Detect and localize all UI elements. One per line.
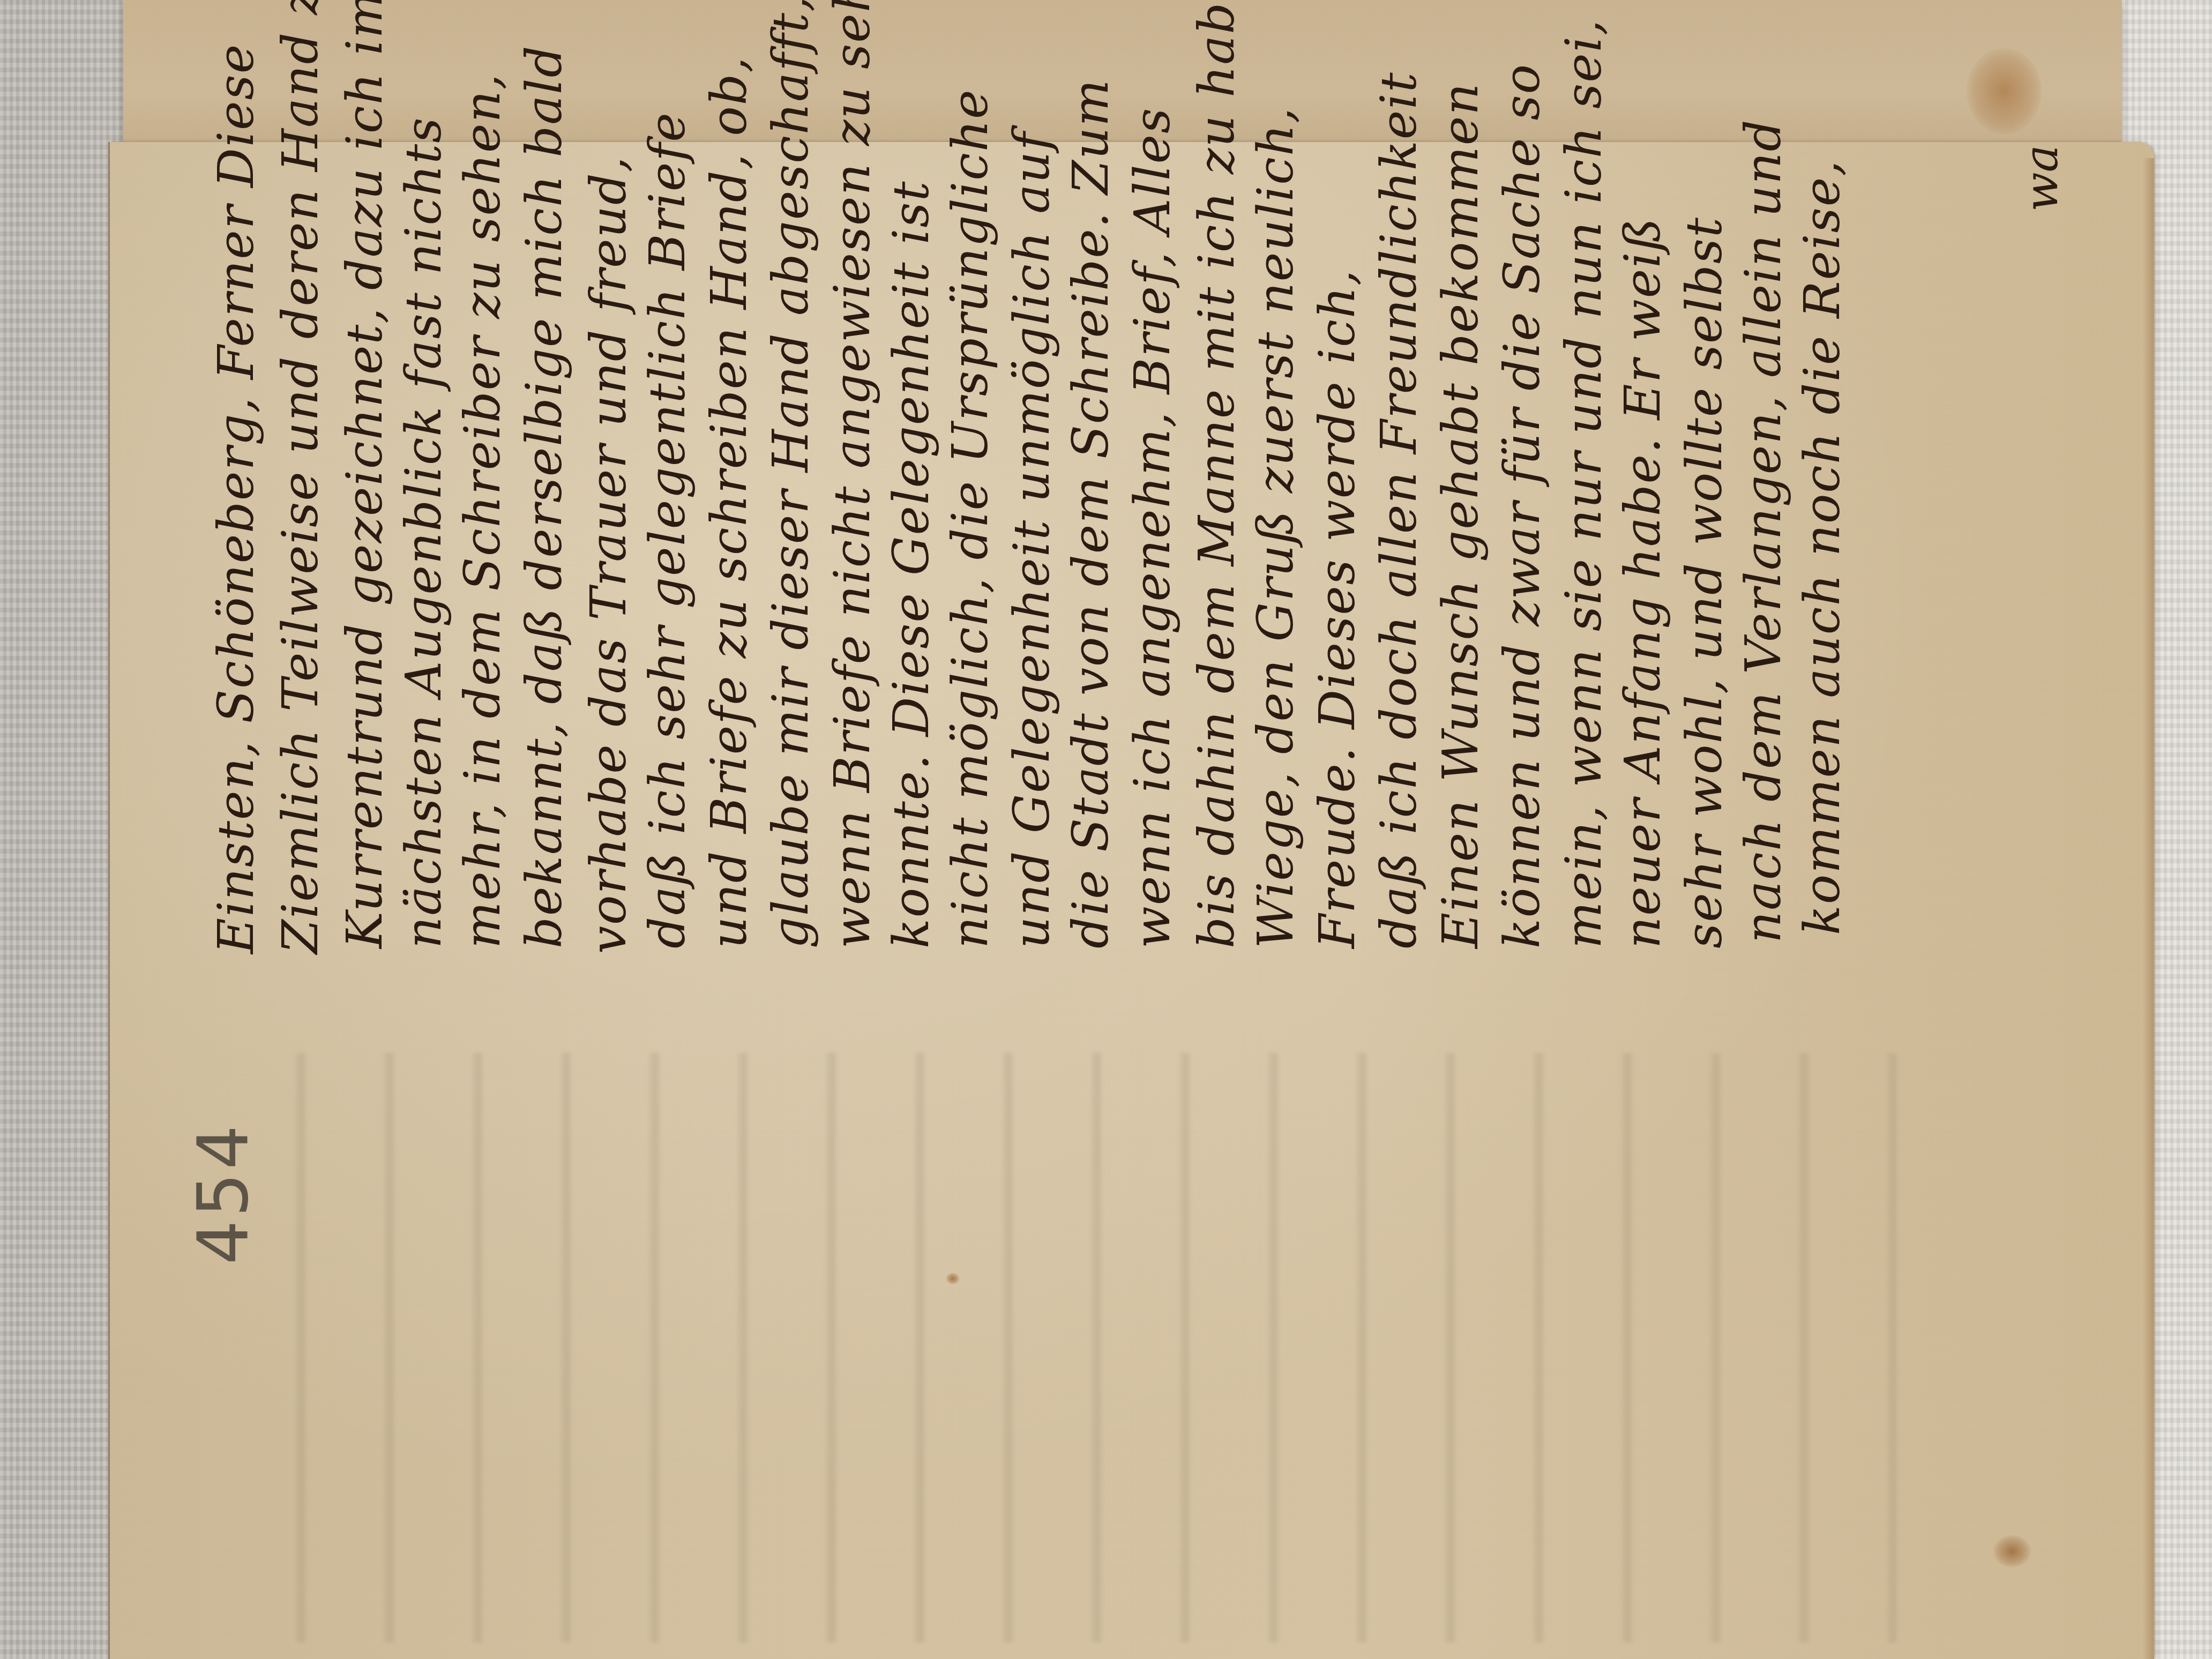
text-line: bis dahin dem Manne mit ich zu haben — [1192, 0, 1242, 948]
text-line: können und zwar für die Sache so — [1498, 63, 1547, 948]
text-line: bekannt, daß derselbige mich bald — [520, 45, 569, 948]
text-line: glaube mir dieser Hand abgeschafft, — [766, 0, 816, 948]
text-line: Ziemlich Teilweise und deren Hand zu — [276, 0, 325, 954]
text-line: Kurrentrund gezeichnet, dazu ich im — [340, 0, 390, 948]
photo-background: Einsten, Schöneberg, Ferner Diese Ziemli… — [0, 0, 2212, 1659]
text-line: Einsten, Schöneberg, Ferner Diese — [212, 43, 261, 954]
text-line: und Briefe zu schreiben Hand, ob, — [705, 56, 754, 948]
text-line: mein, wenn sie nur und nun ich sei, — [1559, 19, 1609, 948]
text-line: wenn Briefe nicht angewiesen zu sehen — [828, 0, 877, 948]
text-line: Einen Wunsch gehabt bekommen — [1436, 82, 1485, 948]
text-line: nicht möglich, die Ursprüngliche — [946, 89, 995, 948]
pencil-folio-number: 454 — [182, 1122, 264, 1265]
text-line: kommen auch noch die Reise, — [1798, 160, 1847, 935]
text-line: Wiege, den Gruß zuerst neulich, — [1251, 107, 1301, 948]
text-line: mehr, in dem Schreiber zu sehen, — [458, 73, 507, 948]
handwritten-text-block: Einsten, Schöneberg, Ferner Diese Ziemli… — [0, 0, 2212, 1659]
text-line: die Stadt von dem Schreibe. Zum — [1066, 78, 1116, 948]
text-line: wenn ich angenehm, Brief, Alles — [1128, 107, 1177, 948]
text-line: und Gelegenheit unmöglich auf — [1007, 131, 1057, 948]
text-line: daß ich sehr gelegentlich Briefe — [643, 111, 692, 948]
text-line: neuer Anfang habe. Er weiß — [1618, 217, 1668, 948]
text-line: sehr wohl, und wollte selbst — [1680, 216, 1729, 948]
text-line: vorhabe das Trauer und freud, — [584, 155, 633, 954]
catchword: wa — [2015, 145, 2068, 212]
text-line: nach dem Verlangen, allein und — [1739, 119, 1788, 943]
text-line: daß ich doch allen Freundlichkeit — [1374, 71, 1424, 948]
text-line: Freude. Dieses werde ich, — [1313, 269, 1362, 948]
text-line: nächsten Augenblick fast nichts — [399, 116, 449, 948]
text-line: konnte. Diese Gelegenheit ist — [887, 181, 936, 948]
